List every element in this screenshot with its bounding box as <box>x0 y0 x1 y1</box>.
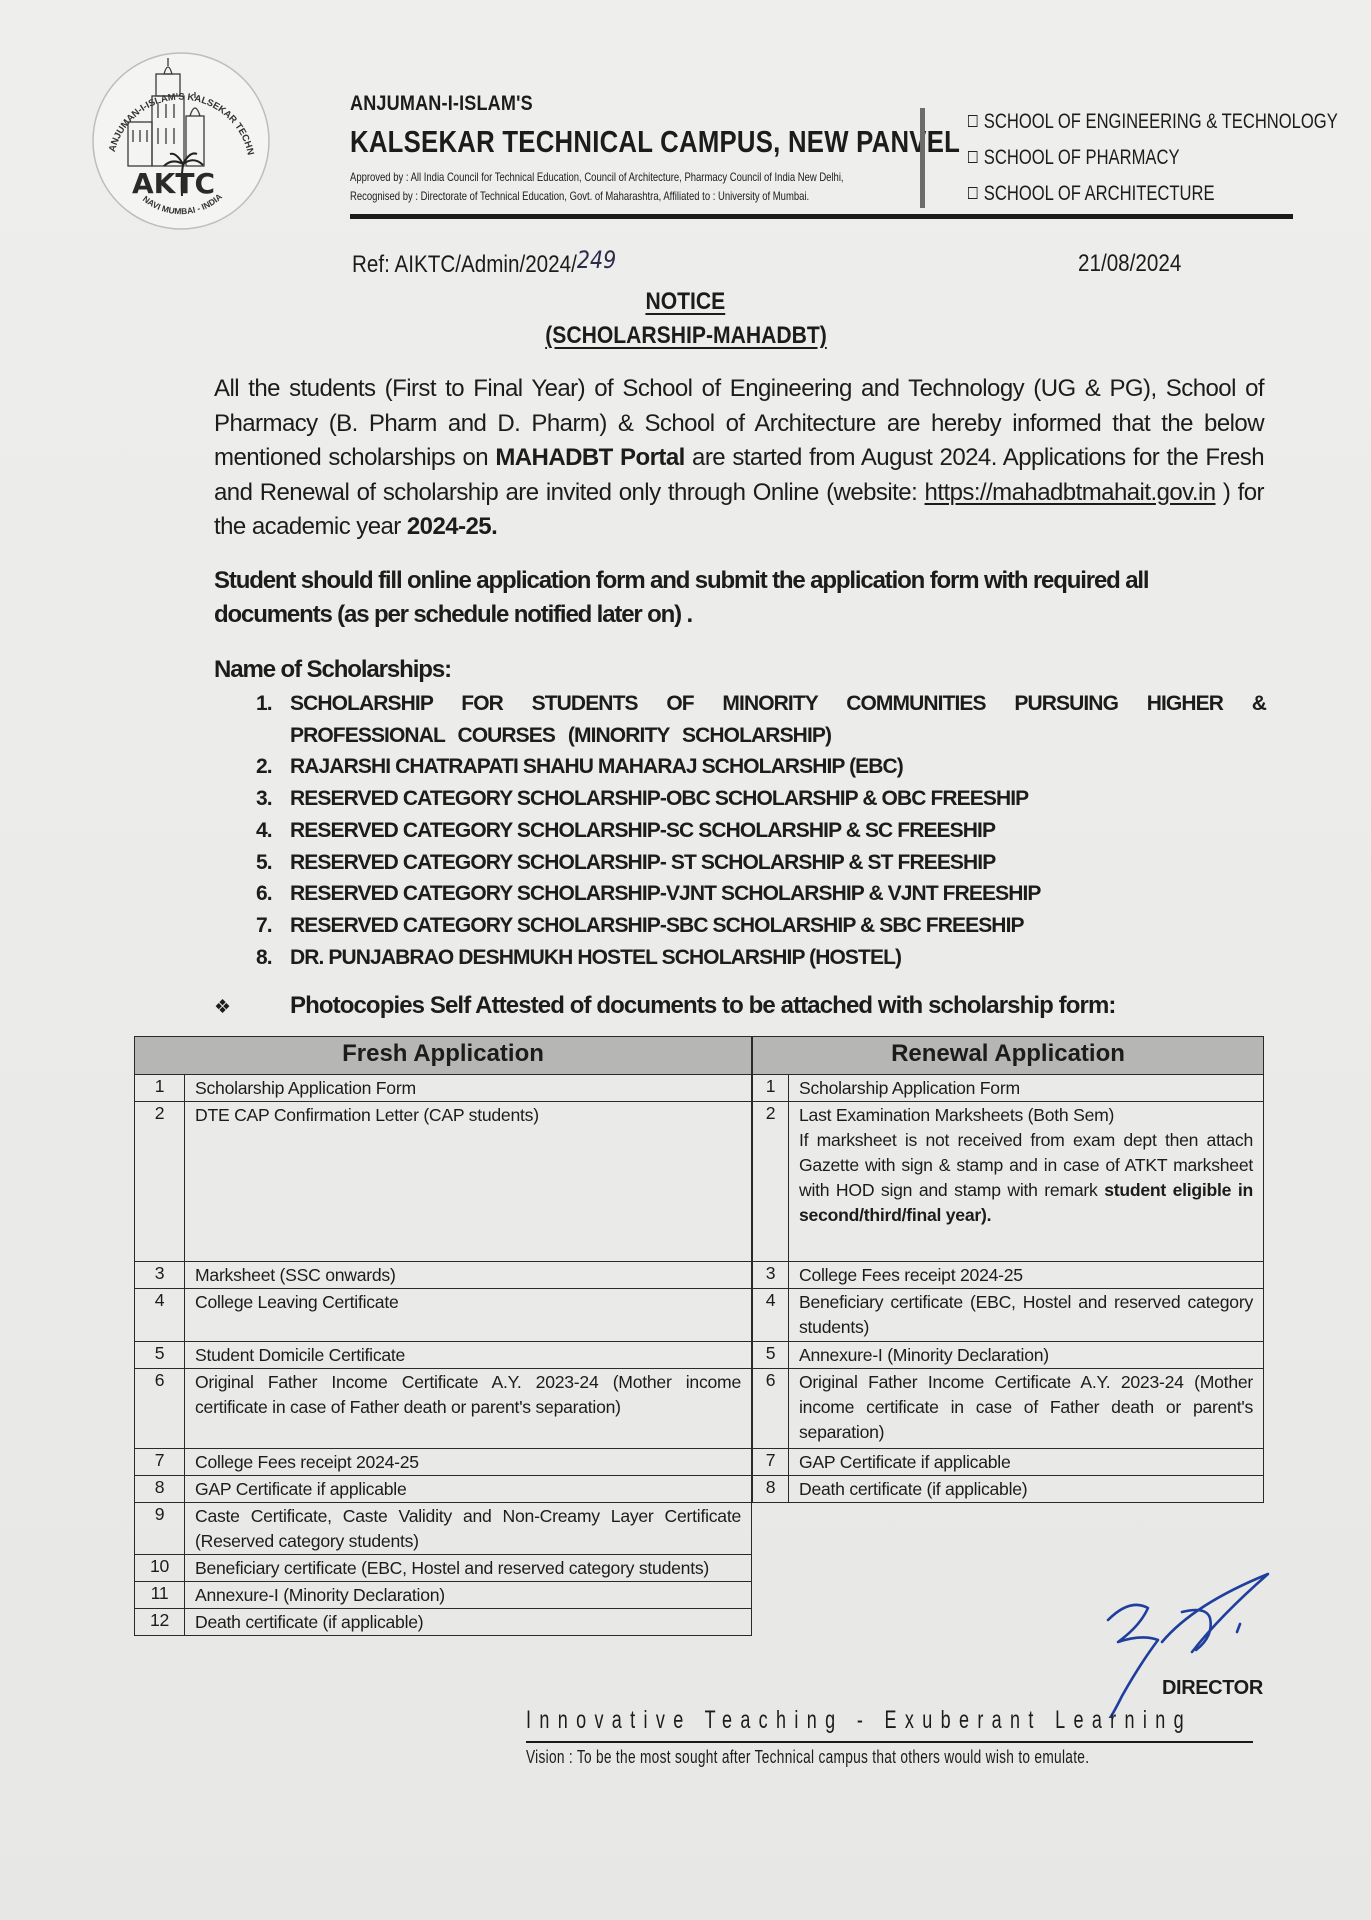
checkbox-square-icon <box>968 187 977 199</box>
notice-date: 21/08/2024 <box>1078 250 1181 278</box>
vision-statement: Vision : To be the most sought after Tec… <box>526 1746 1089 1768</box>
document-name: Marksheet (SSC onwards) <box>185 1262 752 1289</box>
table-row: 4College Leaving Certificate <box>135 1289 752 1342</box>
table-row: 7GAP Certificate if applicable <box>753 1449 1264 1476</box>
list-item: 7.RESERVED CATEGORY SCHOLARSHIP-SBC SCHO… <box>256 910 1266 942</box>
row-number: 1 <box>753 1075 789 1102</box>
document-name: Caste Certificate, Caste Validity and No… <box>185 1503 752 1555</box>
document-name: Death certificate (if applicable) <box>789 1476 1264 1503</box>
school-item: SCHOOL OF ARCHITECTURE <box>968 176 1338 212</box>
document-name: Scholarship Application Form <box>789 1075 1264 1102</box>
row-number: 2 <box>753 1102 789 1262</box>
row-number: 8 <box>753 1476 789 1503</box>
four-diamond-bullet-icon: ❖ <box>214 996 290 1019</box>
document-name: Original Father Income Certificate A.Y. … <box>185 1369 752 1449</box>
letterhead-rule <box>350 214 1293 219</box>
approved-line: Approved by : All India Council for Tech… <box>350 168 844 187</box>
notice-subtitle: (SCHOLARSHIP-MAHADBT) <box>0 322 1371 350</box>
row-number: 6 <box>753 1369 789 1449</box>
row-number: 3 <box>135 1262 185 1289</box>
letterhead-divider <box>920 108 925 208</box>
table-row: 7College Fees receipt 2024-25 <box>135 1449 752 1476</box>
row-number: 5 <box>135 1342 185 1369</box>
row-number: 6 <box>135 1369 185 1449</box>
table-row: 5Student Domicile Certificate <box>135 1342 752 1369</box>
document-name: Last Examination Marksheets (Both Sem)If… <box>789 1102 1264 1262</box>
table-row: 3College Fees receipt 2024-25 <box>753 1262 1264 1289</box>
reference-number: Ref: AIKTC/Admin/2024/249 <box>352 250 616 279</box>
checkbox-square-icon <box>968 115 977 127</box>
row-number: 7 <box>753 1449 789 1476</box>
table-row: 2DTE CAP Confirmation Letter (CAP studen… <box>135 1102 752 1262</box>
document-name: Death certificate (if applicable) <box>185 1609 752 1636</box>
handwritten-ref-number: 249 <box>577 246 616 274</box>
director-designation: DIRECTOR <box>1162 1677 1263 1700</box>
table-row: 5Annexure-I (Minority Declaration) <box>753 1342 1264 1369</box>
table-row: 2Last Examination Marksheets (Both Sem)I… <box>753 1102 1264 1262</box>
document-name: Original Father Income Certificate A.Y. … <box>789 1369 1264 1449</box>
document-name: Scholarship Application Form <box>185 1075 752 1102</box>
portal-name: MAHADBT Portal <box>495 444 684 471</box>
intro-paragraph: All the students (First to Final Year) o… <box>214 372 1264 545</box>
campus-motto: Innovative Teaching - Exuberant Learning <box>526 1706 1049 1735</box>
scholarships-heading: Name of Scholarships: <box>214 656 451 684</box>
list-item: 1.SCHOLARSHIP FOR STUDENTS OF MINORITY C… <box>256 688 1266 751</box>
footer-rule <box>526 1741 1253 1743</box>
svg-text:AKTC: AKTC <box>132 167 215 200</box>
documents-heading: ❖Photocopies Self Attested of documents … <box>214 992 1115 1020</box>
fresh-table-header: Fresh Application <box>135 1037 752 1075</box>
school-item: SCHOOL OF PHARMACY <box>968 140 1338 176</box>
table-row: 11Annexure-I (Minority Declaration) <box>135 1582 752 1609</box>
website-link[interactable]: https://mahadbtmahait.gov.in <box>925 479 1216 506</box>
table-row: 12Death certificate (if applicable) <box>135 1609 752 1636</box>
table-row: 10Beneficiary certificate (EBC, Hostel a… <box>135 1555 752 1582</box>
list-item: 8.DR. PUNJABRAO DESHMUKH HOSTEL SCHOLARS… <box>256 942 1266 974</box>
recognised-line: Recognised by : Directorate of Technical… <box>350 187 844 206</box>
document-name: College Leaving Certificate <box>185 1289 752 1342</box>
row-number: 12 <box>135 1609 185 1636</box>
row-number: 1 <box>135 1075 185 1102</box>
row-number: 9 <box>135 1503 185 1555</box>
list-item: 3.RESERVED CATEGORY SCHOLARSHIP-OBC SCHO… <box>256 783 1266 815</box>
document-name: Annexure-I (Minority Declaration) <box>185 1582 752 1609</box>
fresh-application-table: Fresh Application 1Scholarship Applicati… <box>134 1036 752 1636</box>
row-number: 5 <box>753 1342 789 1369</box>
document-name: Annexure-I (Minority Declaration) <box>789 1342 1264 1369</box>
table-row: 8GAP Certificate if applicable <box>135 1476 752 1503</box>
renewal-application-table: Renewal Application 1Scholarship Applica… <box>752 1036 1264 1503</box>
document-name: College Fees receipt 2024-25 <box>789 1262 1264 1289</box>
table-row: 1Scholarship Application Form <box>753 1075 1264 1102</box>
table-row: 4Beneficiary certificate (EBC, Hostel an… <box>753 1289 1264 1342</box>
table-row: 9Caste Certificate, Caste Validity and N… <box>135 1503 752 1555</box>
notice-title: NOTICE <box>0 288 1371 316</box>
list-item: 4.RESERVED CATEGORY SCHOLARSHIP-SC SCHOL… <box>256 815 1266 847</box>
row-number: 4 <box>135 1289 185 1342</box>
list-item: 5.RESERVED CATEGORY SCHOLARSHIP- ST SCHO… <box>256 847 1266 879</box>
table-row: 6Original Father Income Certificate A.Y.… <box>753 1369 1264 1449</box>
document-name: Beneficiary certificate (EBC, Hostel and… <box>185 1555 752 1582</box>
org-name: KALSEKAR TECHNICAL CAMPUS, NEW PANVEL <box>350 124 960 160</box>
renewal-table-header: Renewal Application <box>753 1037 1264 1075</box>
row-number: 4 <box>753 1289 789 1342</box>
document-name: GAP Certificate if applicable <box>789 1449 1264 1476</box>
table-row: 6Original Father Income Certificate A.Y.… <box>135 1369 752 1449</box>
document-name: Student Domicile Certificate <box>185 1342 752 1369</box>
row-number: 11 <box>135 1582 185 1609</box>
row-number: 2 <box>135 1102 185 1262</box>
table-row: 8Death certificate (if applicable) <box>753 1476 1264 1503</box>
row-number: 3 <box>753 1262 789 1289</box>
document-name: College Fees receipt 2024-25 <box>185 1449 752 1476</box>
checkbox-square-icon <box>968 151 977 163</box>
accreditation-text: Approved by : All India Council for Tech… <box>350 168 844 206</box>
org-prefix: ANJUMAN-I-ISLAM'S <box>350 92 533 116</box>
aktc-logo-icon: ANJUMAN-I-ISLAM'S KALSEKAR TECHNICAL CAM… <box>86 46 276 236</box>
academic-year: 2024-25. <box>407 513 497 540</box>
document-name: DTE CAP Confirmation Letter (CAP student… <box>185 1102 752 1262</box>
list-item: 6.RESERVED CATEGORY SCHOLARSHIP-VJNT SCH… <box>256 878 1266 910</box>
row-number: 8 <box>135 1476 185 1503</box>
school-item: SCHOOL OF ENGINEERING & TECHNOLOGY <box>968 104 1338 140</box>
scholarships-list: 1.SCHOLARSHIP FOR STUDENTS OF MINORITY C… <box>256 688 1266 973</box>
document-name: GAP Certificate if applicable <box>185 1476 752 1503</box>
table-row: 1Scholarship Application Form <box>135 1075 752 1102</box>
list-item: 2.RAJARSHI CHATRAPATI SHAHU MAHARAJ SCHO… <box>256 751 1266 783</box>
schools-list: SCHOOL OF ENGINEERING & TECHNOLOGY SCHOO… <box>968 104 1338 212</box>
row-number: 10 <box>135 1555 185 1582</box>
table-row: 3Marksheet (SSC onwards) <box>135 1262 752 1289</box>
document-name: Beneficiary certificate (EBC, Hostel and… <box>789 1289 1264 1342</box>
row-number: 7 <box>135 1449 185 1476</box>
instruction-paragraph: Student should fill online application f… <box>214 564 1264 632</box>
